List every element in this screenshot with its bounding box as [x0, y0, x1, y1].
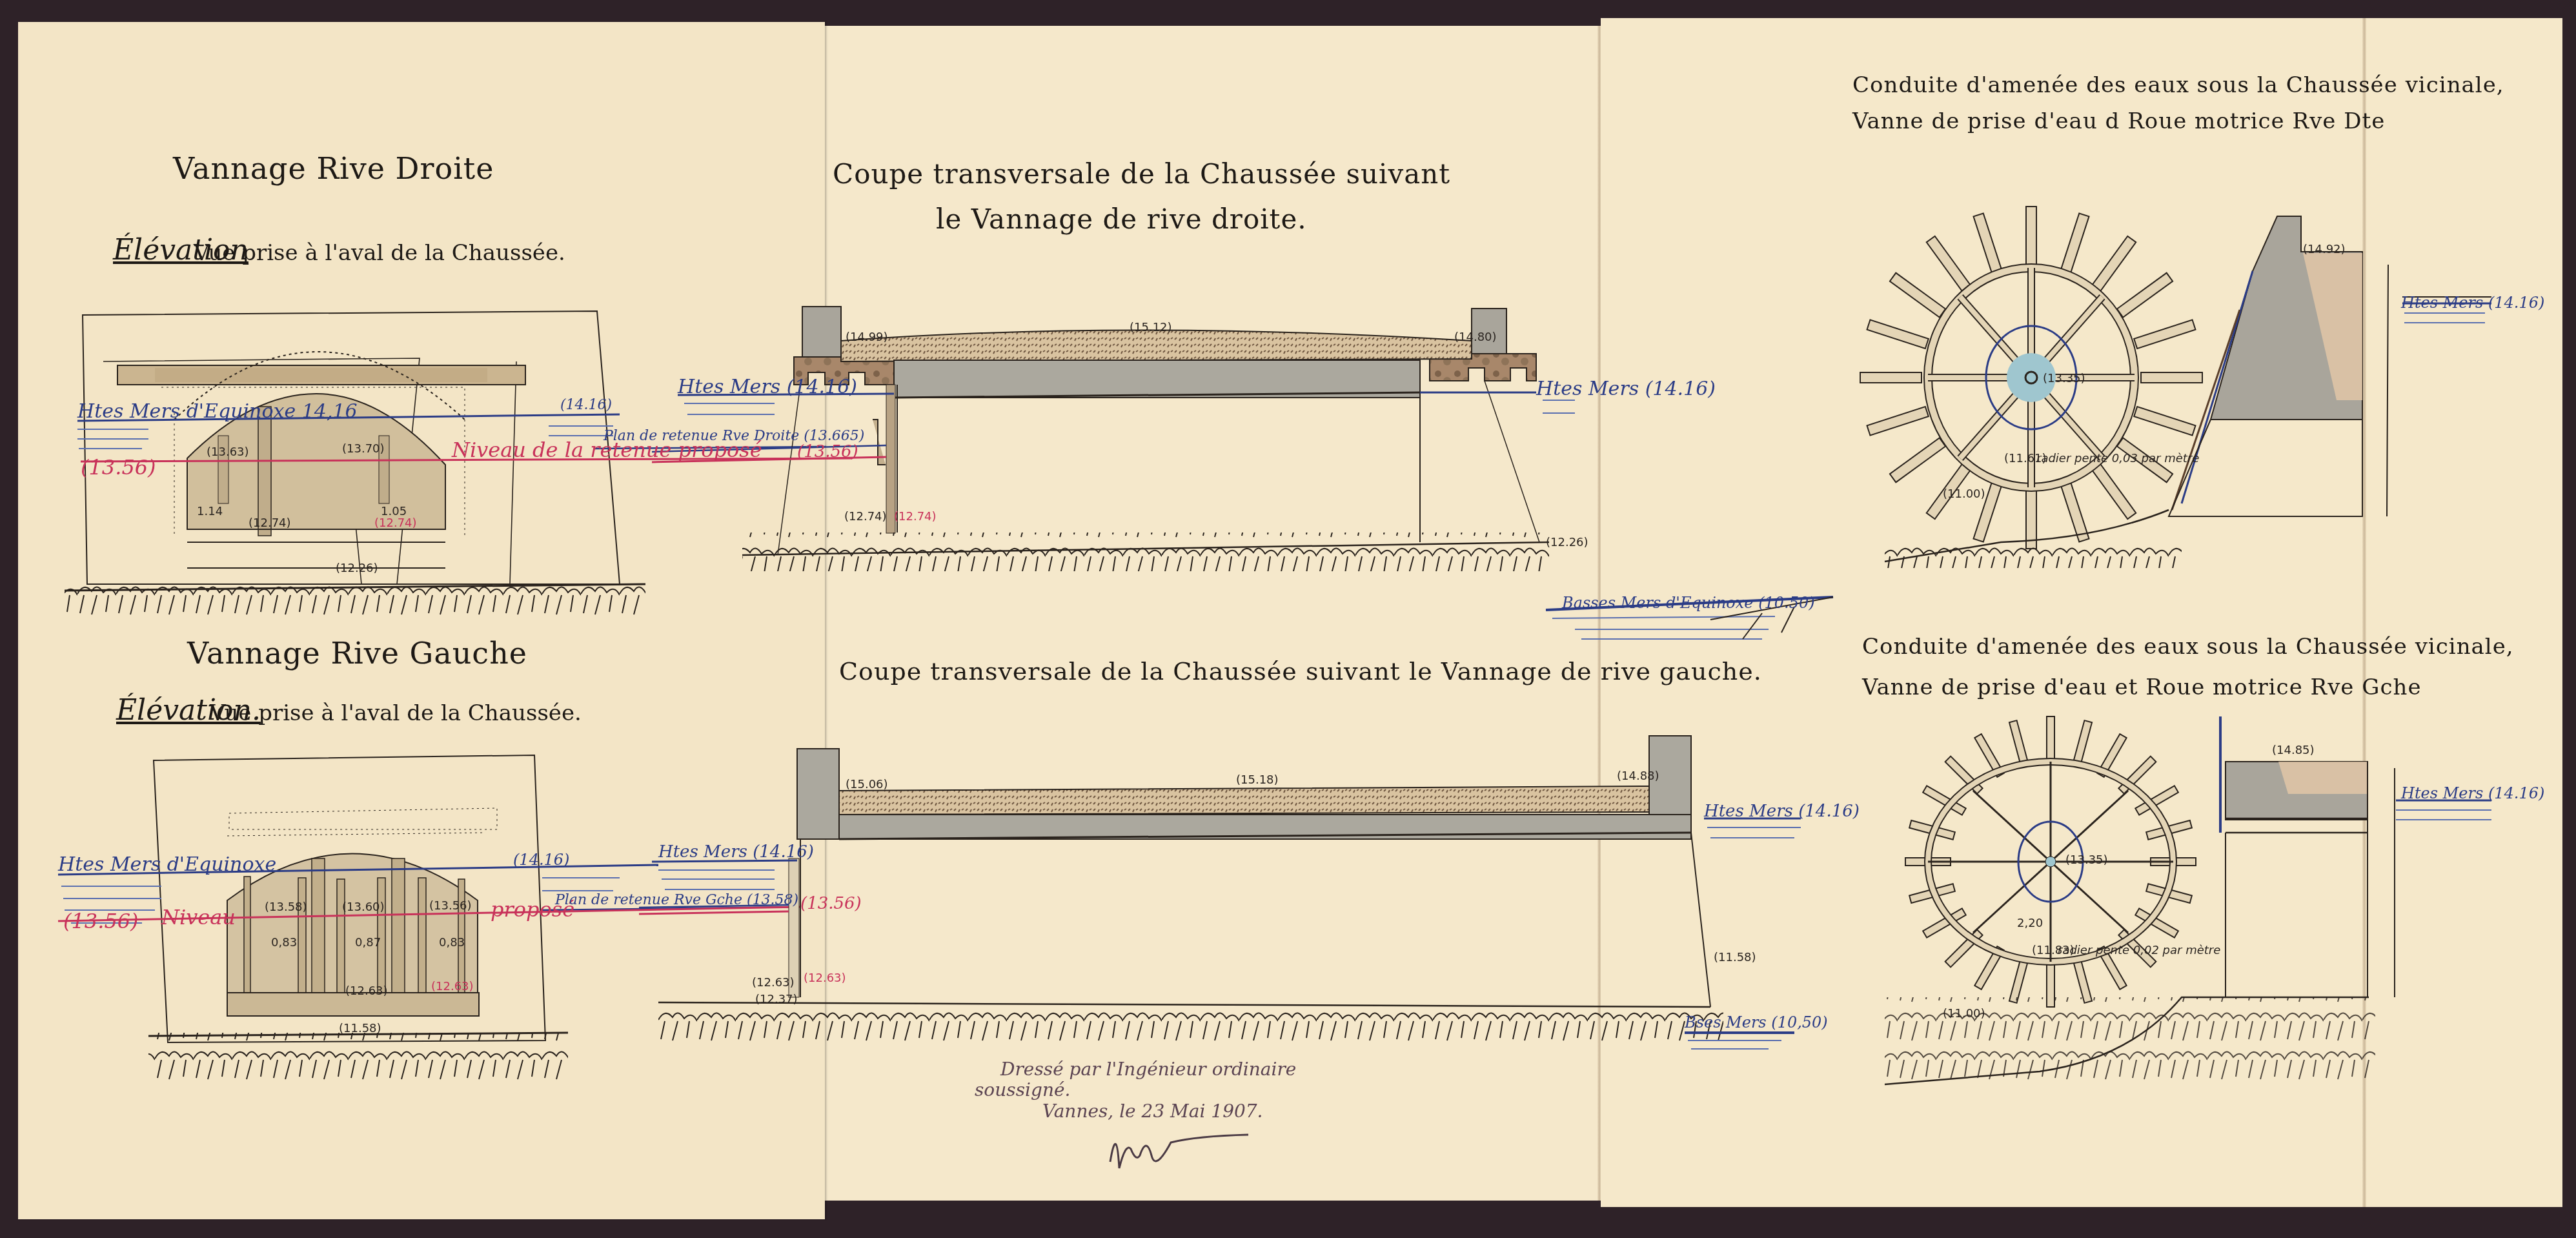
rive-gauche-low-water-label: Bses Mers (10,50): [1685, 1013, 1828, 1031]
dim-label: (15.18): [1236, 773, 1279, 787]
dim-label: (15.12): [1130, 321, 1172, 334]
roue-droite-drawing: [1860, 207, 2202, 549]
dim-label: (12.37): [755, 993, 798, 1006]
rive-droite-retenue-value: (13.56): [81, 455, 156, 480]
rive-droite-high-water-level: (14.16): [560, 397, 612, 413]
rive-gauche-niveau-label: Niveau: [161, 905, 236, 929]
rive-gauche-coupe-water-label-right: Htes Mers (14.16): [1704, 802, 1860, 821]
rive-gauche-coupe-retenue: (13.56): [800, 894, 862, 913]
roue-gauche-water-label: Htes Mers (14.16): [2401, 784, 2544, 802]
roue-droite-water-label: Htes Mers (14.16): [2401, 294, 2544, 312]
rive-gauche-coupe-water-label: Htes Mers (14.16): [658, 842, 814, 862]
dim-label: 0,83: [439, 936, 465, 949]
rive-droite-coupe-title-2: le Vannage de rive droite.: [936, 203, 1307, 235]
rive-droite-coupe-water-label: Htes Mers (14.16): [678, 376, 857, 398]
dim-label: 0,83: [271, 936, 297, 949]
dim-label: (11.00): [1943, 1007, 1985, 1020]
dim-label: (12.26): [336, 562, 378, 575]
roue-droite-title-2: Vanne de prise d'eau d Roue motrice Rve …: [1852, 108, 2385, 134]
roue-droite-radier-label: radier pente 0,03 par mètre: [2036, 452, 2199, 465]
dim-label: 1.14: [197, 505, 223, 518]
dim-label: (13.60): [342, 900, 385, 914]
rive-droite-coupe-title-1: Coupe transversale de la Chaussée suivan…: [833, 158, 1450, 190]
rive-droite-elevation-drawing: [65, 311, 852, 623]
dim-label: (13.70): [342, 442, 385, 456]
dim-label: (12.74): [374, 516, 417, 530]
rive-droite-coupe-drawing: [652, 307, 1833, 639]
rive-droite-coupe-water-label-right: Htes Mers (14.16): [1536, 378, 1716, 400]
author-line-1: Dressé par l'Ingénieur ordinaire: [1000, 1059, 1296, 1080]
dim-label: (14.99): [846, 330, 888, 344]
dim-label: (14.80): [1454, 330, 1497, 344]
dim-label: (15.06): [846, 778, 888, 791]
rive-gauche-high-water-level: (14.16): [513, 851, 569, 869]
dim-label: 2,20: [2017, 917, 2043, 930]
dim-label: (13.58): [265, 900, 307, 914]
dim-label: (14.92): [2303, 243, 2346, 256]
rive-droite-high-water-label: Htes Mers d'Equinoxe 14,16: [77, 400, 358, 423]
dim-label: (14.88): [1617, 769, 1659, 783]
rive-droite-coupe-retenue: (13.56): [797, 442, 858, 462]
dim-label: (12.74): [894, 510, 937, 523]
roue-droite-structure: [1885, 216, 2491, 568]
dim-label: (12.63): [752, 976, 795, 989]
roue-gauche-title-1: Conduite d'amenée des eaux sous la Chaus…: [1862, 634, 2514, 660]
dim-label: (11.58): [1714, 951, 1756, 964]
dim-label: (13.35): [2065, 853, 2108, 867]
rive-gauche-view-caption: Vue prise à l'aval de la Chaussée.: [210, 700, 582, 726]
dim-label: (11.58): [339, 1022, 381, 1035]
dim-label: (12.63): [804, 971, 846, 985]
author-line-2: soussigné.: [975, 1079, 1070, 1101]
signature-scrawl: [1110, 1135, 1248, 1168]
dim-label: (11.00): [1943, 487, 1985, 501]
dim-label: (13.63): [207, 445, 249, 459]
roue-droite-title-1: Conduite d'amenée des eaux sous la Chaus…: [1852, 72, 2504, 98]
rive-gauche-plan-retenue-label: Plan de retenue Rve Gche (13.58): [555, 892, 798, 908]
date-line: Vannes, le 23 Mai 1907.: [1042, 1101, 1263, 1122]
rive-gauche-coupe-title: Coupe transversale de la Chaussée suivan…: [839, 657, 1762, 685]
dim-label: (12.26): [1546, 536, 1588, 549]
dim-label: (12.74): [248, 516, 291, 530]
dim-label: (12.63): [431, 980, 474, 993]
dim-label: (14.85): [2272, 744, 2315, 757]
dim-label: (13.35): [2043, 372, 2085, 385]
dim-label: (13.56): [429, 899, 472, 913]
dim-label: (12.63): [345, 984, 388, 998]
rive-droite-view-caption: Vue prise à l'aval de la Chaussée.: [194, 240, 565, 266]
roue-gauche-radier-label: radier pente 0,02 par mètre: [2058, 944, 2220, 957]
dim-label: 0,87: [355, 936, 381, 949]
roue-gauche-drawing: [1905, 716, 2196, 1007]
rive-gauche-retenue-value: (13.56): [63, 909, 139, 933]
dim-label: (12.74): [844, 510, 887, 523]
rive-gauche-high-water-label: Htes Mers d'Equinoxe: [58, 853, 276, 876]
roue-gauche-title-2: Vanne de prise d'eau et Roue motrice Rve…: [1862, 675, 2422, 700]
rive-gauche-title: Vannage Rive Gauche: [187, 636, 527, 671]
rive-droite-low-water-label: Basses Mers d'Equinoxe (10.50): [1562, 594, 1815, 612]
rive-droite-title: Vannage Rive Droite: [173, 151, 494, 186]
